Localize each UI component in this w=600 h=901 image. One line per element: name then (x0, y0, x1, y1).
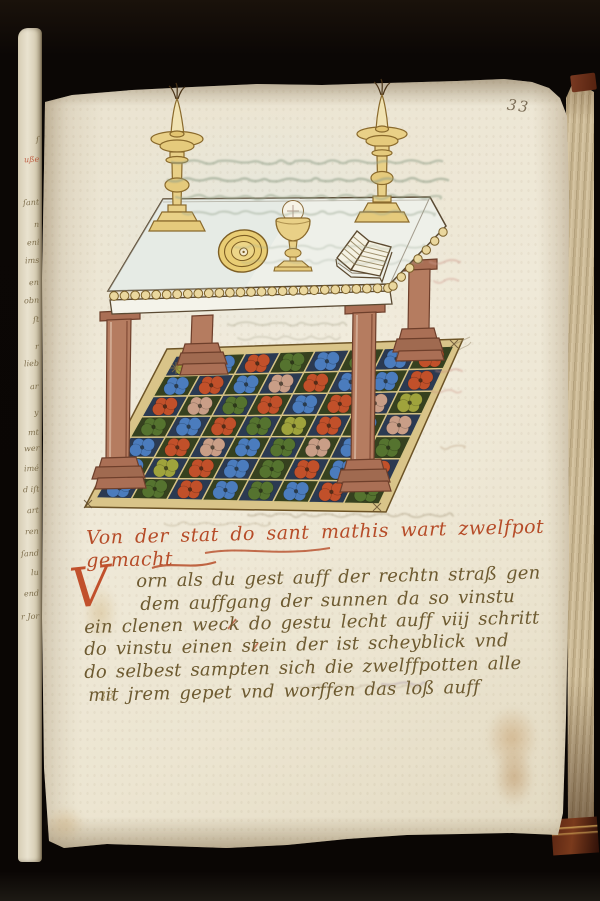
manuscript-photo: ſußeſantneniimsenobnſtrliebarymtweriméd … (0, 0, 600, 901)
illuminated-initial: V (67, 558, 112, 617)
column-back-left (177, 315, 228, 375)
page-content: 33 33 Von der stat do sant mathis wart z… (0, 0, 600, 901)
column-front-left (92, 310, 146, 489)
folio-number-top: 33 (506, 96, 531, 117)
wick-flame-icon (169, 83, 185, 99)
parchment-stain (44, 806, 86, 842)
wick-flame-icon (374, 79, 390, 95)
parchment-stain (494, 748, 534, 806)
